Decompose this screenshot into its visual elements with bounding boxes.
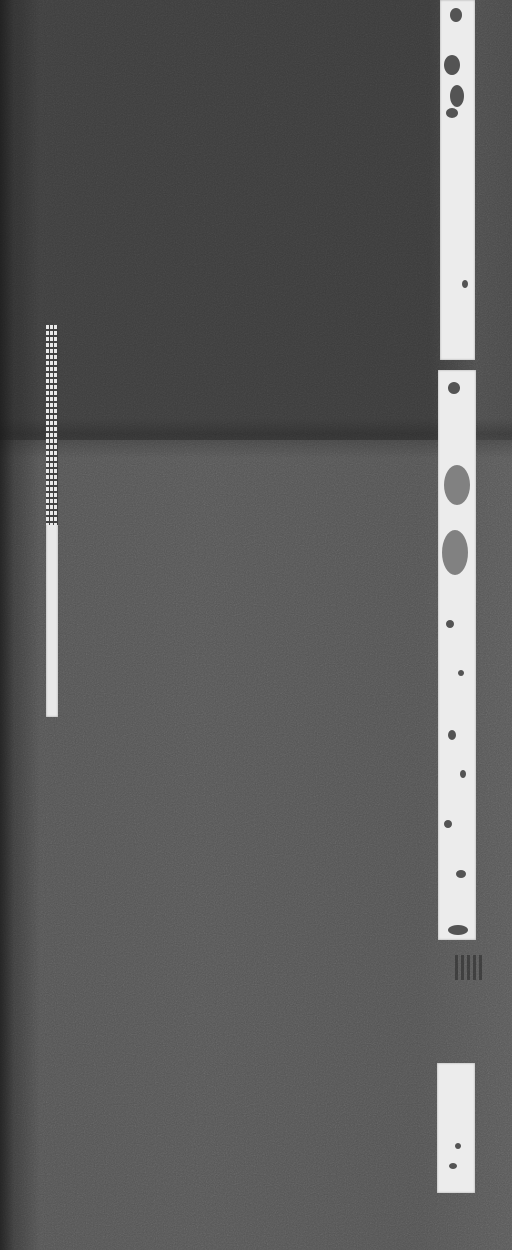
right-dash-segment-1 xyxy=(440,0,475,360)
road-edge-shadow xyxy=(0,0,14,1250)
checker-pattern xyxy=(46,325,58,525)
asphalt-texture xyxy=(0,0,512,1250)
right-dash-segment-2 xyxy=(438,370,476,940)
road-surface xyxy=(0,0,512,1250)
tire-marks xyxy=(455,955,483,980)
right-dash-segment-3 xyxy=(437,1063,475,1193)
left-lane-line xyxy=(46,325,58,717)
